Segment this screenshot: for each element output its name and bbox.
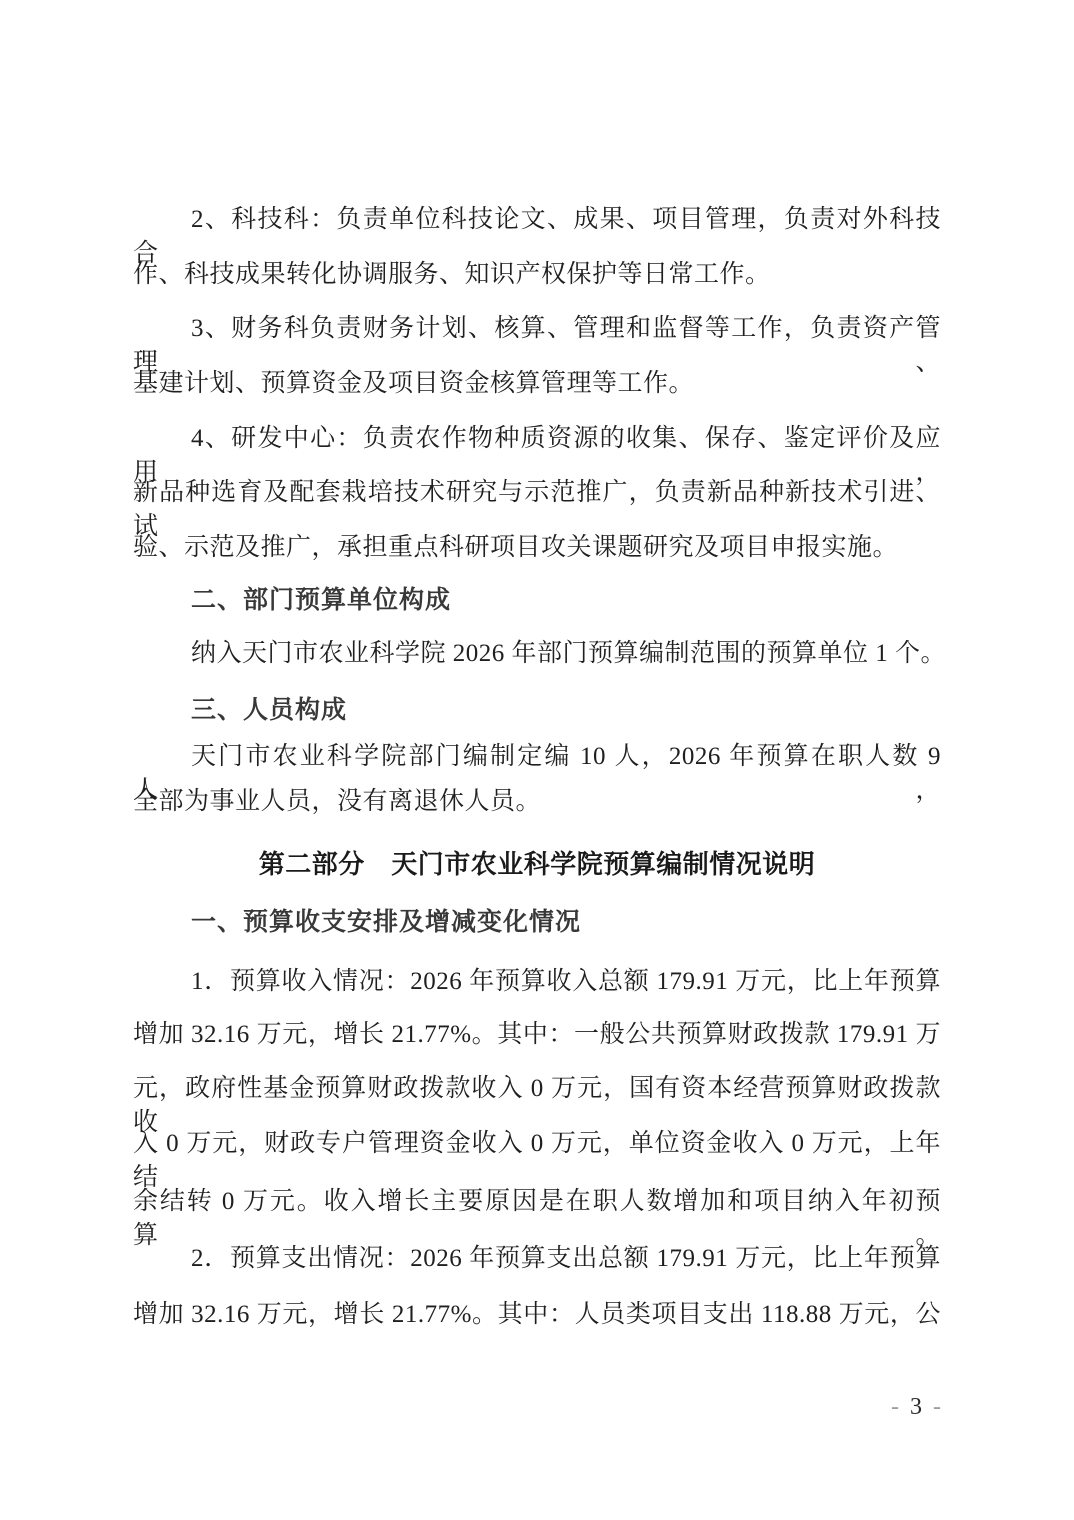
text-line: 纳入天门市农业科学院 2026 年部门预算编制范围的预算单位 1 个。 (133, 637, 941, 693)
text-line: 入 0 万元，财政专户管理资金收入 0 万元，单位资金收入 0 万元，上年结 (133, 1127, 941, 1185)
text-line: 元，政府性基金预算财政拨款收入 0 万元，国有资本经营预算财政拨款收 (133, 1072, 941, 1127)
document-body: 2、科技科：负责单位科技论文、成果、项目管理，负责对外科技合作、科技成果转化协调… (133, 203, 941, 1343)
text-line: 新品种选育及配套栽培技术研究与示范推广，负责新品种新技术引进、试 (133, 476, 941, 531)
page-number-dash-right: - (933, 1394, 941, 1420)
page-number-dash-left: - (891, 1394, 899, 1420)
page-number: 3 (899, 1394, 933, 1420)
section-heading: 一、预算收支安排及增减变化情况 (133, 905, 941, 965)
text-line: 1．预算收入情况：2026 年预算收入总额 179.91 万元，比上年预算 (133, 965, 941, 1018)
text-line: 作、科技成果转化协调服务、知识产权保护等日常工作。 (133, 258, 941, 312)
text-line: 增加 32.16 万元，增长 21.77%。其中：人员类项目支出 118.88 … (133, 1298, 941, 1343)
text-line: 3、财务科负责财务计划、核算、管理和监督等工作，负责资产管理、 (133, 312, 941, 367)
page-footer: -3- (133, 1392, 941, 1422)
text-line: 4、研发中心：负责农作物种质资源的收集、保存、鉴定评价及应用， (133, 422, 941, 476)
section-heading: 二、部门预算单位构成 (133, 583, 941, 637)
section-heading: 三、人员构成 (133, 693, 941, 740)
text-line: 验、示范及推广，承担重点科研项目攻关课题研究及项目申报实施。 (133, 531, 941, 583)
section-title: 第二部分 天门市农业科学院预算编制情况说明 (133, 848, 941, 905)
text-line: 2．预算支出情况：2026 年预算支出总额 179.91 万元，比上年预算 (133, 1242, 941, 1298)
text-line: 天门市农业科学院部门编制定编 10 人，2026 年预算在职人数 9 人， (133, 740, 941, 785)
text-line: 2、科技科：负责单位科技论文、成果、项目管理，负责对外科技合 (133, 203, 941, 258)
text-line: 增加 32.16 万元，增长 21.77%。其中：一般公共预算财政拨款 179.… (133, 1018, 941, 1072)
text-line: 余结转 0 万元。收入增长主要原因是在职人数增加和项目纳入年初预算。 (133, 1185, 941, 1242)
document-page: 2、科技科：负责单位科技论文、成果、项目管理，负责对外科技合作、科技成果转化协调… (0, 0, 1074, 1520)
